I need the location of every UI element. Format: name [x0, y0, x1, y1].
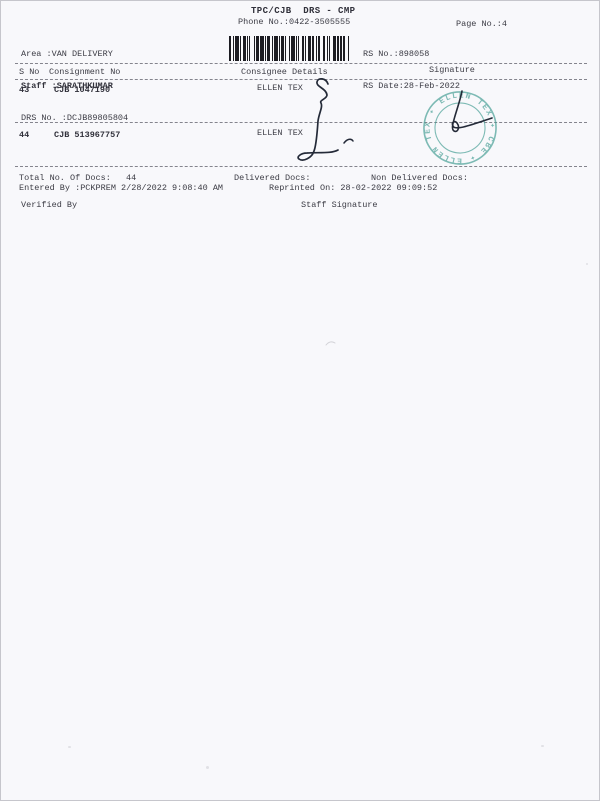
area-label: Area :VAN DELIVERY [21, 49, 128, 60]
doc-title: TPC/CJB DRS - CMP [251, 6, 355, 17]
phone-number: Phone No.:0422-3505555 [238, 17, 350, 28]
delivered-docs-label: Delivered Docs: [234, 173, 311, 184]
entered-by-label: Entered By :PCKPREM 2/28/2022 9:08:40 AM [19, 183, 223, 194]
total-docs-label: Total No. Of Docs: [19, 173, 111, 184]
s-no-cell: 43 [19, 85, 29, 96]
s-no-cell: 44 [19, 130, 29, 141]
consignment-no-cell: CJB 513967757 [54, 130, 120, 141]
delivery-signature [281, 71, 401, 181]
stamp-pen-mark [431, 86, 521, 146]
scan-smudge [323, 337, 343, 349]
total-docs-value: 44 [126, 173, 136, 184]
col-consignment-no: Consignment No [49, 67, 120, 78]
separator-line [15, 63, 587, 64]
verified-by-label: Verified By [21, 200, 77, 211]
non-delivered-docs-label: Non Delivered Docs: [371, 173, 468, 184]
delivery-run-sheet-page: TPC/CJB DRS - CMP Phone No.:0422-3505555… [0, 0, 600, 801]
page-number: Page No.:4 [456, 19, 507, 30]
col-signature: Signature [429, 65, 475, 76]
consignment-no-cell: CJB 1047190 [54, 85, 110, 96]
consignment-barcode-icon [229, 36, 351, 61]
staff-signature-label: Staff Signature [301, 200, 378, 211]
rs-no-label: RS No.:898058 [363, 49, 460, 60]
col-s-no: S No [19, 67, 39, 78]
reprinted-on-label: Reprinted On: 28-02-2022 09:09:52 [269, 183, 437, 194]
